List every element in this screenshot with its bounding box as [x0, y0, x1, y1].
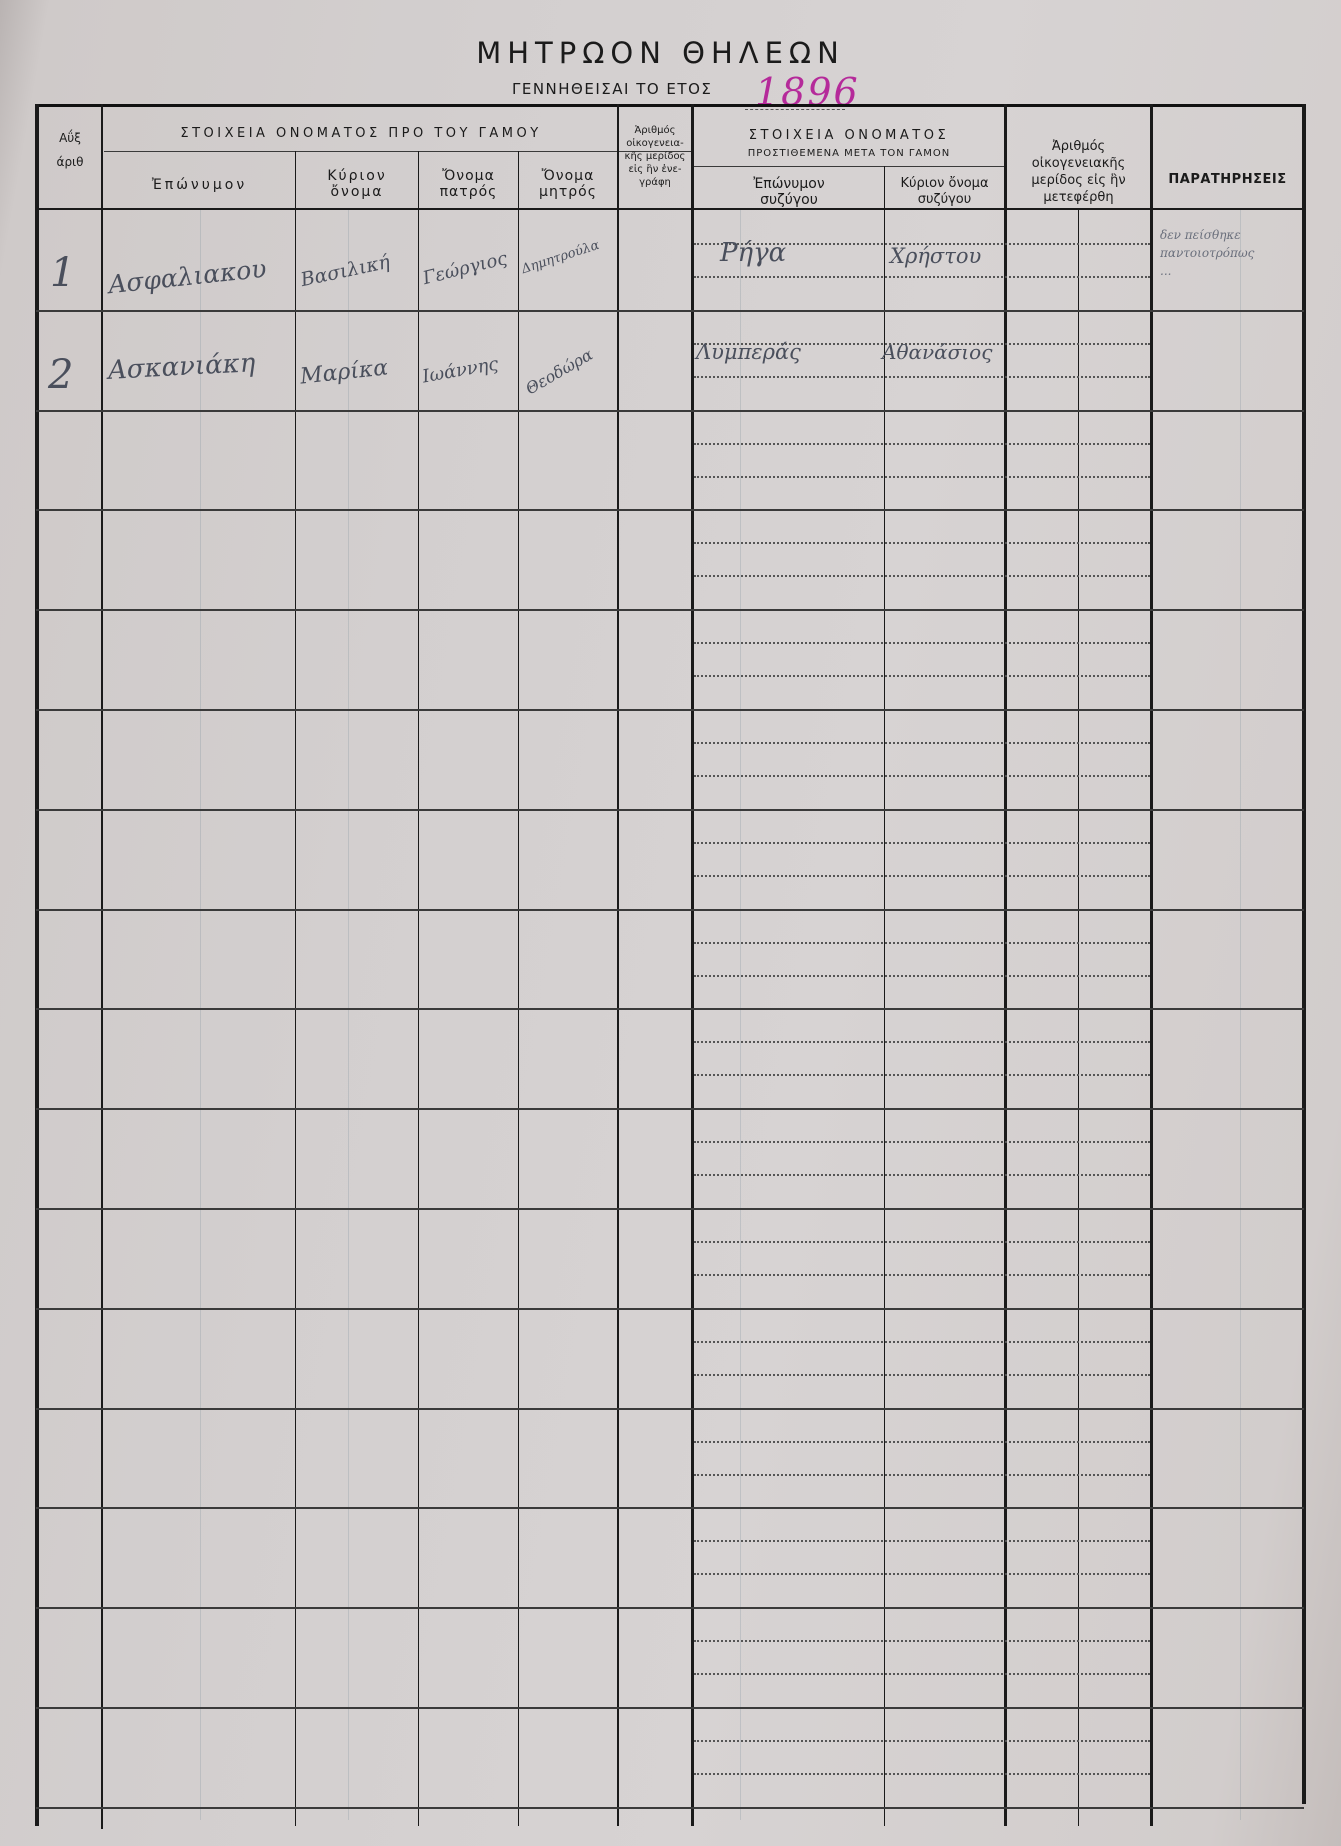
col-divider-firstname	[418, 151, 419, 1826]
dotted-subline	[694, 1341, 1150, 1343]
cell-spouse-surname: Λυμπεράς	[696, 340, 801, 364]
faint-guide	[348, 210, 349, 1820]
row-divider	[36, 909, 1304, 911]
row-divider	[36, 1208, 1304, 1210]
handwritten-year: 1896	[755, 70, 860, 114]
register-page: ΜΗΤΡΩΟΝ ΘΗΛΕΩΝ ΓΕΝΝΗΘΕΙΣΑΙ ΤΟ ΕΤΟΣ 1896 …	[0, 0, 1341, 1846]
dotted-subline	[694, 376, 1150, 378]
dotted-subline	[694, 842, 1150, 844]
header-transferred-line3: μερίδος εἰς ἣν	[1007, 172, 1150, 189]
header-surname: Ἐπώνυμον	[104, 177, 295, 193]
cell-spouse-surname: Ρήγα	[720, 238, 786, 268]
dotted-subline	[694, 1174, 1150, 1176]
col-divider-mother	[617, 104, 619, 1826]
dotted-subline	[694, 975, 1150, 977]
dotted-subline	[694, 642, 1150, 644]
col-divider-spouse-name	[1004, 104, 1007, 1826]
cell-father-name: Γεώργιος	[421, 248, 510, 289]
cell-surname: Ασκανιάκη	[107, 348, 256, 386]
cell-first-name: Βασιλική	[299, 251, 392, 291]
faint-guide	[740, 210, 741, 1820]
header-transferred-line2: οἰκογενειακῆς	[1007, 155, 1150, 172]
dotted-subline	[694, 1740, 1150, 1742]
cell-mother-name: Δημητρούλα	[520, 238, 602, 277]
row-divider	[36, 809, 1304, 811]
dotted-subline	[694, 1773, 1150, 1775]
dotted-subline	[694, 1441, 1150, 1443]
dotted-subline	[694, 476, 1150, 478]
header-after-marriage-sub: ΠΡΟΣΤΙΘΕΜΕΝΑ ΜΕΤΑ ΤΟΝ ΓΑΜΟΝ	[694, 147, 1004, 160]
row-divider	[36, 1807, 1304, 1809]
header-registered-line4: εἰς ἣν ἐνε-	[619, 163, 691, 176]
dotted-subline	[694, 1474, 1150, 1476]
dotted-subline	[694, 443, 1150, 445]
page-title: ΜΗΤΡΩΟΝ ΘΗΛΕΩΝ	[0, 36, 1341, 70]
cell-surname: Ασφαλιακου	[107, 254, 268, 299]
dotted-subline	[694, 1241, 1150, 1243]
header-spouse-name-line2: συζύγου	[885, 192, 1004, 208]
col-divider-transferred-mid	[1078, 210, 1079, 1826]
header-spouse-surname-line2: συζύγου	[694, 192, 884, 208]
row-divider	[36, 709, 1304, 711]
col-divider-serial	[101, 104, 103, 1829]
header-transferred-line4: μετεφέρθη	[1007, 189, 1150, 206]
faint-guide	[1240, 210, 1241, 1820]
header-registered-line1: Ἀριθμός	[619, 124, 691, 137]
dotted-subline	[694, 1673, 1150, 1675]
table-top-border	[36, 104, 1304, 107]
col-divider-surname	[295, 151, 296, 1826]
header-family-share-transferred: Ἀριθμός οἰκογενειακῆς μερίδος εἰς ἣν μετ…	[1007, 138, 1150, 206]
header-mother-line1: Ὄνομα	[519, 168, 617, 184]
row-divider	[36, 609, 1304, 611]
header-family-share-registered: Ἀριθμός οἰκογενεια- κῆς μερίδος εἰς ἣν ἐ…	[619, 124, 691, 189]
register-title: ΜΗΤΡΩΟΝ ΘΗΛΕΩΝ	[476, 36, 845, 70]
header-subdivider-right	[694, 166, 1004, 167]
row-divider	[36, 410, 1304, 412]
header-registered-line3: κῆς μερίδος	[619, 150, 691, 163]
header-first-name: Κύριον ὄνομα	[296, 168, 418, 200]
dotted-subline	[694, 1141, 1150, 1143]
remark-line: ...	[1160, 262, 1254, 280]
col-divider-registered	[691, 104, 694, 1826]
row-divider	[36, 1607, 1304, 1609]
left-border	[35, 104, 39, 1826]
born-in-year-label: ΓΕΝΝΗΘΕΙΣΑΙ ΤΟ ΕΤΟΣ	[512, 80, 712, 98]
header-serial-line2: άριθ	[39, 154, 101, 170]
dotted-subline	[694, 1540, 1150, 1542]
header-spouse-first-name: Κύριον ὄνομα συζύγου	[885, 176, 1004, 208]
row-divider	[36, 1008, 1304, 1010]
row-divider	[36, 1308, 1304, 1310]
cell-first-name: Μαρίκα	[299, 355, 389, 389]
dotted-subline	[694, 675, 1150, 677]
cell-mother-name: Θεοδώρα	[522, 345, 596, 399]
dotted-subline	[694, 1041, 1150, 1043]
dotted-subline	[694, 742, 1150, 744]
dotted-subline	[694, 276, 1150, 278]
header-spouse-surname: Ἐπώνυμον συζύγου	[694, 176, 884, 208]
header-remarks: ΠΑΡΑΤΗΡΗΣΕΙΣ	[1153, 172, 1302, 188]
dotted-subline	[694, 1274, 1150, 1276]
header-serial-line1: Αΰξ	[39, 130, 101, 146]
dotted-subline	[694, 542, 1150, 544]
header-mother-line2: μητρός	[519, 184, 617, 200]
dotted-subline	[694, 1573, 1150, 1575]
remark-line: δεν πείσθηκε	[1160, 226, 1254, 244]
header-registered-line5: γράφη	[619, 176, 691, 189]
header-spouse-name-line1: Κύριον ὄνομα	[885, 176, 1004, 192]
col-divider-transferred	[1150, 104, 1153, 1826]
header-subdivider-left	[104, 151, 692, 152]
header-father-name: Ὄνομα πατρός	[419, 168, 518, 200]
row-serial: 1	[50, 250, 75, 296]
header-father-line2: πατρός	[419, 184, 518, 200]
header-serial: Αΰξ άριθ	[39, 130, 101, 170]
header-first-name-line1: Κύριον	[296, 168, 418, 184]
col-divider-spouse-surname	[884, 166, 885, 1826]
dotted-subline	[694, 942, 1150, 944]
header-mother-name: Ὄνομα μητρός	[519, 168, 617, 200]
dotted-subline	[694, 775, 1150, 777]
dotted-subline	[694, 575, 1150, 577]
header-transferred-line1: Ἀριθμός	[1007, 138, 1150, 155]
dotted-subline	[694, 875, 1150, 877]
dotted-subline	[694, 1374, 1150, 1376]
header-registered-line2: οἰκογενεια-	[619, 137, 691, 150]
row-serial: 2	[48, 352, 73, 398]
faint-guide	[200, 210, 201, 1820]
row-divider	[36, 310, 1304, 312]
row-divider	[36, 1707, 1304, 1709]
cell-spouse-first-name: Χρήστου	[890, 244, 981, 268]
cell-father-name: Ιωάννης	[421, 353, 500, 387]
cell-remarks: δεν πείσθηκε παντοιοτρόπως ...	[1160, 226, 1254, 280]
cell-spouse-first-name: Αθανάσιος	[882, 340, 992, 364]
dotted-subline	[694, 1074, 1150, 1076]
header-before-marriage-group: ΣΤΟΙΧΕΙΑ ΟΝΟΜΑΤΟΣ ΠΡΟ ΤΟΥ ΓΑΜΟΥ	[104, 126, 618, 142]
col-divider-father	[518, 151, 519, 1826]
row-divider	[36, 1507, 1304, 1509]
row-divider	[36, 1108, 1304, 1110]
header-spouse-surname-line1: Ἐπώνυμον	[694, 176, 884, 192]
header-after-marriage-group: ΣΤΟΙΧΕΙΑ ΟΝΟΜΑΤΟΣ	[694, 128, 1004, 144]
row-divider	[36, 509, 1304, 511]
dotted-subline	[694, 1640, 1150, 1642]
right-border	[1302, 104, 1306, 1804]
header-first-name-line2: ὄνομα	[296, 184, 418, 200]
remark-line: παντοιοτρόπως	[1160, 244, 1254, 262]
header-father-line1: Ὄνομα	[419, 168, 518, 184]
row-divider	[36, 1408, 1304, 1410]
header-bottom-border	[36, 208, 1304, 210]
